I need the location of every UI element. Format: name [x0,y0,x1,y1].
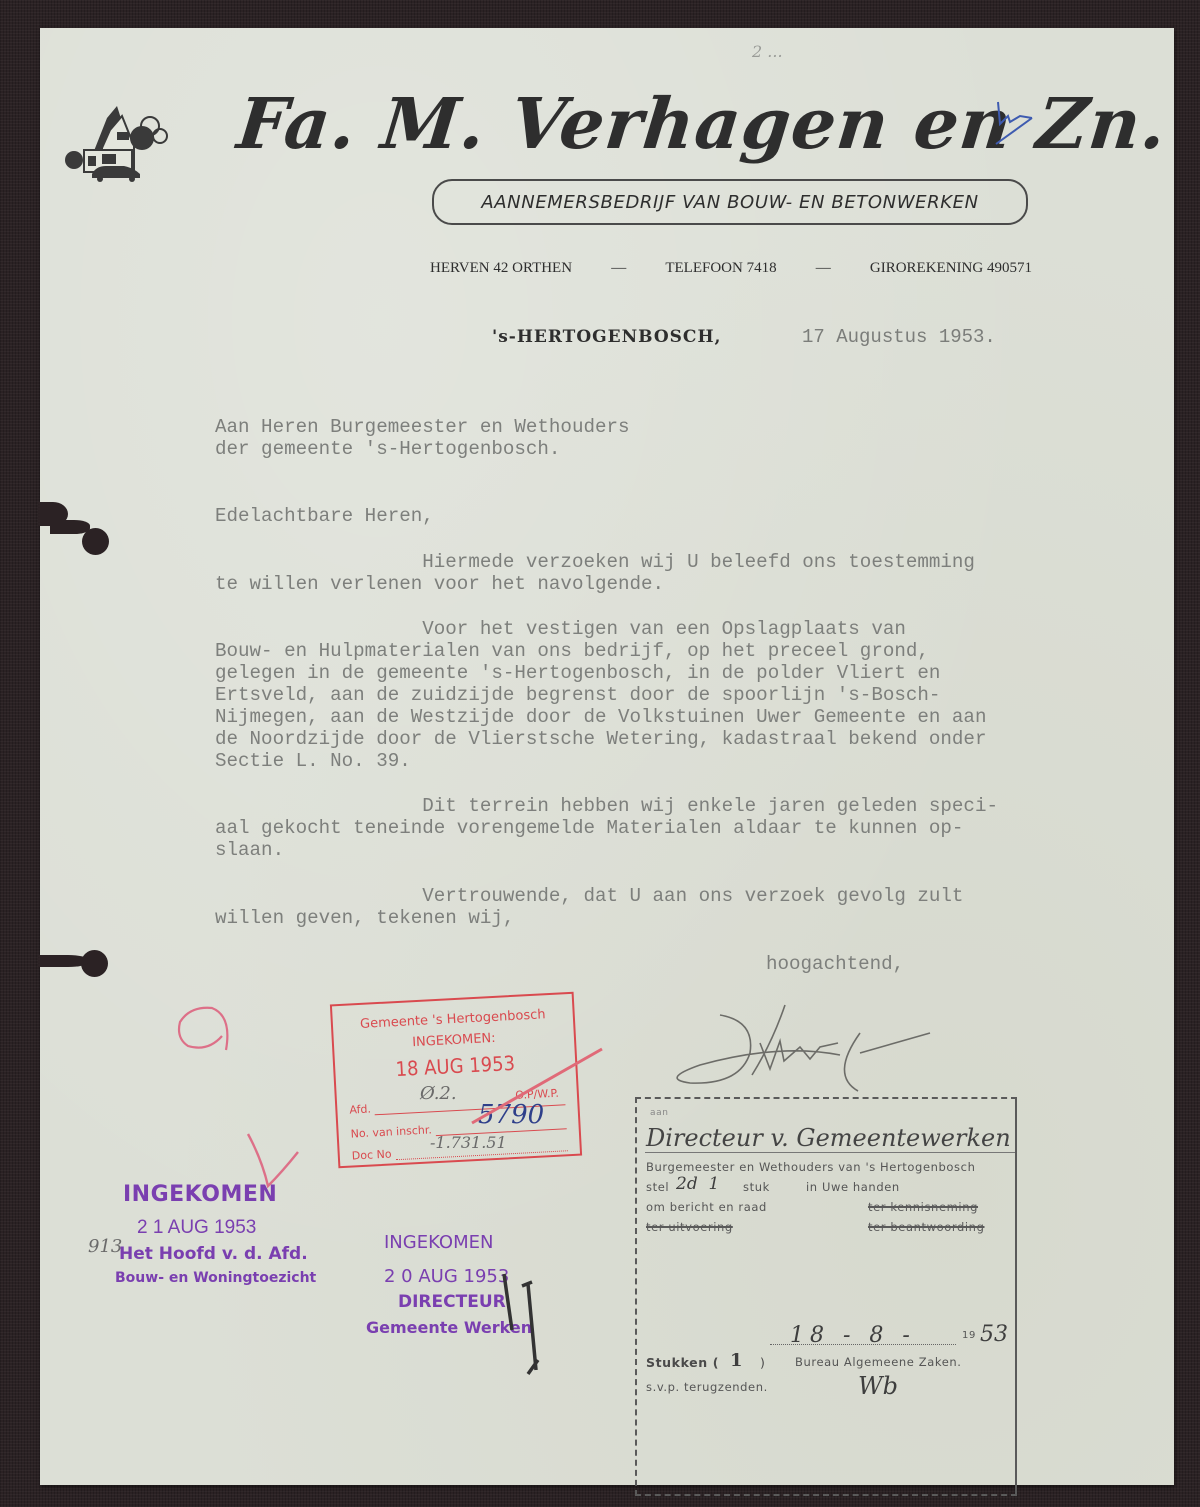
house-with-car-icon [62,98,182,183]
pencil-number: 913 [88,1236,122,1257]
form-divider [645,1152,1015,1153]
form-bureau: Bureau Algemeene Zaken. [795,1355,962,1369]
form-stukken-label: Stukken ( [646,1355,719,1370]
afd-handwritten-value: Ø.2. [420,1083,457,1104]
closing: hoogachtend, [766,954,904,975]
stamp-afd-label: Afd. [349,1103,371,1117]
tagline: AANNEMERSBEDRIJF VAN BOUW- EN BETONWERKE… [481,192,978,213]
form-line-2-suffix: in Uwe handen [806,1180,900,1194]
paragraph-2-line: Voor het vestigen van een Opslagplaats v… [215,619,906,640]
stamp-doc-label: Doc No [351,1147,391,1162]
pencil-note-top: 2 ... [752,42,783,61]
paragraph-3-line: slaan. [215,840,284,861]
form-line-3: om bericht en raad [646,1200,767,1214]
form-option-struck: ter kennisneming [868,1200,978,1214]
handwritten-recipient: Directeur v. Gemeentewerken [646,1124,1011,1152]
addressee-line-2: der gemeente 's-Hertogenbosch. [215,439,560,460]
form-stukken-count: 1 [730,1350,743,1371]
paragraph-2-line: Sectie L. No. 39. [215,751,411,772]
paragraph-1-line: Hiermede verzoeken wij U beleefd ons toe… [215,552,975,573]
paragraph-4-line: willen geven, tekenen wij, [215,908,514,929]
stamp-title: INGEKOMEN [384,1232,493,1253]
paragraph-2-line: de Noordzijde door de Vlierstsche Weteri… [215,729,986,750]
tagline-banner: AANNEMERSBEDRIJF VAN BOUW- EN BETONWERKE… [432,179,1028,225]
addressee-line-1: Aan Heren Burgemeester en Wethouders [215,417,630,438]
letter-date: 17 Augustus 1953. [802,326,996,348]
doc-handwritten-value: -1.731.51 [430,1133,507,1152]
stamp-director: DIRECTEUR [398,1292,506,1312]
separator: — [611,260,626,277]
tear-bottom-neck [38,955,88,967]
stamp-dept-name: Bouw- en Woningtoezicht [115,1270,316,1286]
stamp-date: 2 0 AUG 1953 [384,1266,509,1287]
paragraph-2-line: Nijmegen, aan de Westzijde door de Volks… [215,707,986,728]
form-stukken-close: ) [760,1355,765,1370]
paragraph-2-line: Ertsveld, aan de zuidzijde begrenst door… [215,685,940,706]
form-date-dotted-line [770,1344,956,1345]
form-line-2-handwritten: 2d 1 [676,1174,719,1194]
pencil-marks [498,1270,548,1380]
form-small-label: aan [650,1108,669,1118]
giro-account: GIROREKENING 490571 [870,260,1032,277]
stamp-date: 2 1 AUG 1953 [137,1217,256,1239]
blue-initial-mark [986,96,1056,146]
form-return-note: s.v.p. terugzenden. [646,1380,768,1394]
red-strike-line [470,1045,620,1125]
contact-line: HERVEN 42 ORTHEN — TELEFOON 7418 — GIROR… [430,260,1032,277]
paragraph-3-line: aal gekocht teneinde vorengemelde Materi… [215,818,963,839]
red-circle-mark [170,1002,240,1072]
paragraph-4-line: Vertrouwende, dat U aan ons verzoek gevo… [215,886,963,907]
phone: TELEFOON 7418 [665,260,776,277]
form-option-struck: ter uitvoering [646,1220,733,1234]
paragraph-3-line: Dit terrein hebben wij enkele jaren gele… [215,796,998,817]
stamp-dept-head: Het Hoofd v. d. Afd. [119,1244,308,1264]
address: HERVEN 42 ORTHEN [430,260,572,277]
form-line-2-mid: stuk [743,1180,770,1194]
paragraph-2-line: Bouw- en Hulpmaterialen van ons bedrijf,… [215,641,929,662]
salutation: Edelachtbare Heren, [215,506,434,527]
stamp-title: INGEKOMEN [123,1182,277,1207]
form-line-2-prefix: stel [646,1180,669,1194]
paragraph-2-line: gelegen in de gemeente 's-Hertogenbosch,… [215,663,940,684]
stamp-inschr-label: No. van inschr. [350,1123,432,1140]
letter-place: 's-HERTOGENBOSCH, [492,327,721,347]
separator: — [816,260,831,277]
form-year-handwritten: 53 [980,1322,1008,1347]
form-initials: Wb [858,1372,898,1400]
form-year-prefix: 19 [962,1330,976,1341]
paragraph-1-line: te willen verlenen voor het navolgende. [215,574,664,595]
routing-form-stamp [635,1097,1017,1496]
signature: JWestaf [660,1003,950,1098]
tear-top-neck [50,520,90,534]
form-option-struck: ter beantwoording [868,1220,984,1234]
form-line-1: Burgemeester en Wethouders van 's Hertog… [646,1160,975,1174]
